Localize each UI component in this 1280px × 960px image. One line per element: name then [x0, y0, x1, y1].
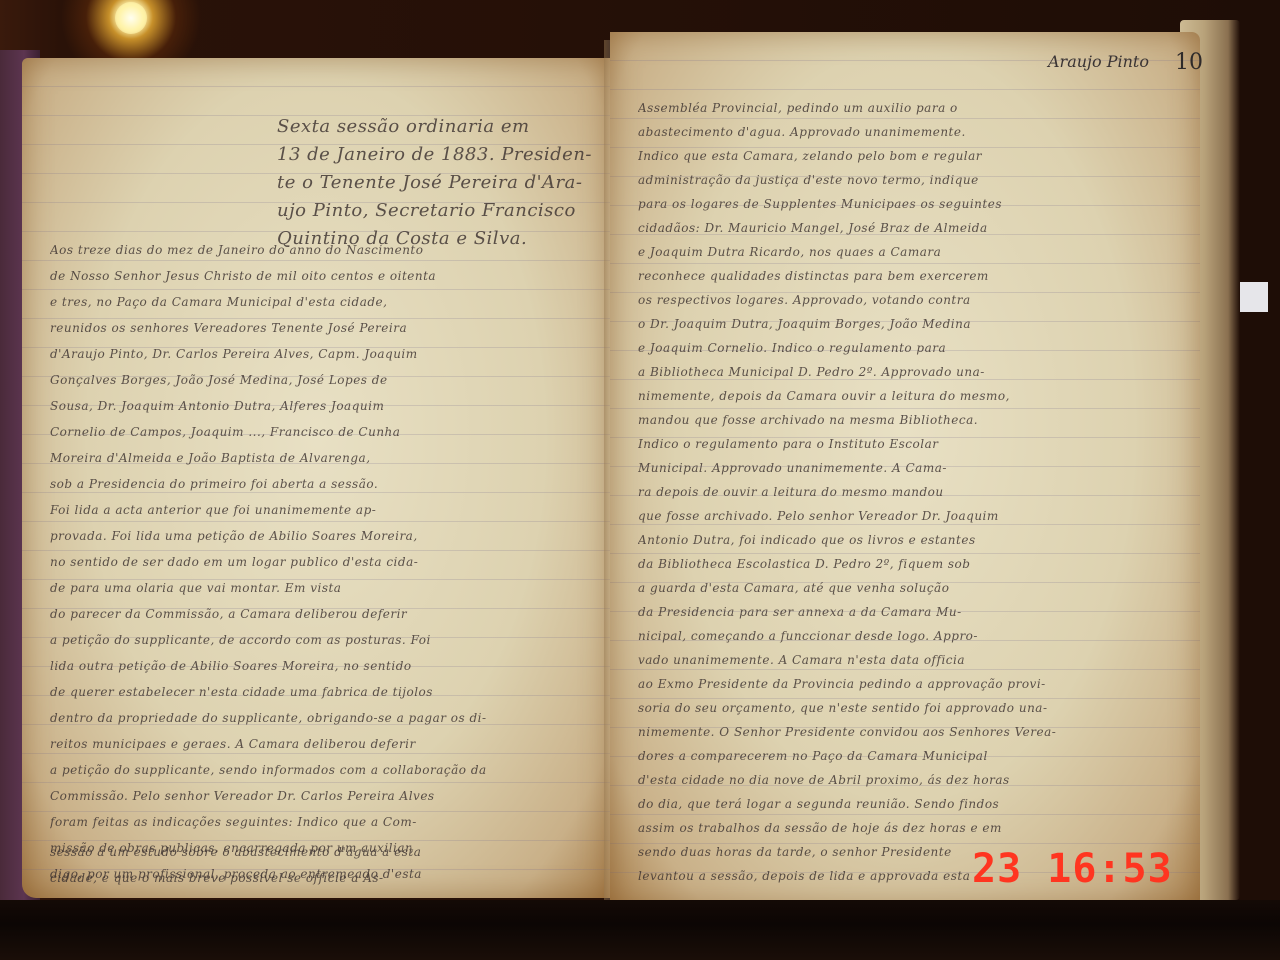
page-header-annotation: Araujo Pinto: [1048, 52, 1149, 71]
session-heading-line-2: 13 de Janeiro de 1883. Presiden-: [277, 141, 592, 169]
session-heading-line-3: te o Tenente José Pereira d'Ara-: [277, 169, 582, 197]
body-line: a petição do supplicante, de accordo com…: [50, 626, 431, 655]
body-line: a petição do supplicante, sendo informad…: [50, 756, 487, 785]
right-body-text: Assembléa Provincial, pedindo um auxilio…: [638, 94, 1198, 894]
body-line: d'Araujo Pinto, Dr. Carlos Pereira Alves…: [50, 340, 418, 369]
camera-timestamp-overlay: 23 16:53: [972, 846, 1173, 892]
body-line: Aos treze dias do mez de Janeiro do anno…: [50, 236, 423, 265]
body-line: Sousa, Dr. Joaquim Antonio Dutra, Alfere…: [50, 392, 384, 421]
body-line: provada. Foi lida uma petição de Abilio …: [50, 522, 418, 551]
body-line: Gonçalves Borges, João José Medina, José…: [50, 366, 388, 395]
body-line: de querer estabelecer n'esta cidade uma …: [50, 678, 433, 707]
body-line: dentro da propriedade do supplicante, ob…: [50, 704, 487, 733]
body-line: Commissão. Pelo senhor Vereador Dr. Carl…: [50, 782, 435, 811]
left-page: Sexta sessão ordinaria em 13 de Janeiro …: [22, 58, 610, 898]
right-page: Assembléa Provincial, pedindo um auxilio…: [610, 32, 1200, 907]
body-line: foram feitas as indicações seguintes: In…: [50, 808, 417, 837]
body-line: sessão a um estudo sobre o abastecimento…: [50, 838, 421, 867]
session-heading-line-4: ujo Pinto, Secretario Francisco: [277, 197, 576, 225]
body-line: no sentido de ser dado em um logar publi…: [50, 548, 418, 577]
body-line: cidade, e que o mais breve possivel se o…: [50, 864, 384, 893]
body-line: Cornelio de Campos, Joaquim ..., Francis…: [50, 418, 400, 447]
body-line: levantou a sessão, depois de lida e appr…: [638, 862, 970, 891]
session-heading-line-1: Sexta sessão ordinaria em: [277, 113, 530, 141]
ceiling-lamp: [115, 2, 147, 34]
wooden-table-surface: [0, 900, 1280, 960]
body-line: Moreira d'Almeida e João Baptista de Alv…: [50, 444, 371, 473]
body-line: reunidos os senhores Vereadores Tenente …: [50, 314, 407, 343]
body-line: do parecer da Commissão, a Camara delibe…: [50, 600, 407, 629]
body-line: sob a Presidencia do primeiro foi aberta…: [50, 470, 378, 499]
body-line: e tres, no Paço da Camara Municipal d'es…: [50, 288, 387, 317]
body-line: lida outra petição de Abilio Soares More…: [50, 652, 412, 681]
body-line: de para uma olaria que vai montar. Em vi…: [50, 574, 341, 603]
body-line: reitos municipaes e geraes. A Camara del…: [50, 730, 416, 759]
body-line: Foi lida a acta anterior que foi unanime…: [50, 496, 376, 525]
left-body-text: Aos treze dias do mez de Janeiro do anno…: [50, 236, 605, 886]
paper-bookmark-tab: [1240, 282, 1268, 312]
page-number: 10: [1175, 50, 1203, 75]
body-line: de Nosso Senhor Jesus Christo de mil oit…: [50, 262, 436, 291]
